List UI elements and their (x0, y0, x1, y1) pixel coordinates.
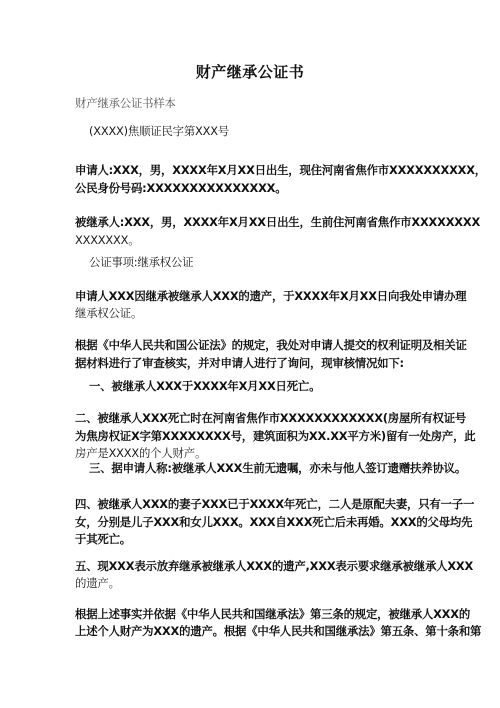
decedent-line-1: 被继承人:XXX，男，XXXX年X月XX日出生，生前住河南省焦作市XXXXXXX… (75, 215, 480, 229)
finding-3: 三、据申请人称:被继承人XXX生前无遗嘱，亦未与他人签订遗赠扶养协议。 (89, 461, 466, 475)
conclusion-line-2: 上述个人财产为XXX的遗产。根据《中华人民共和国继承法》第五条、第十条和第 (75, 624, 481, 638)
finding-4-line-3: 于其死亡。 (75, 532, 131, 546)
reference-number: (XXXX)焦顺证民字第XXX号 (89, 124, 229, 138)
applicant-line-2: 公民身份号码:XXXXXXXXXXXXXXX。 (75, 181, 286, 195)
notary-matter: 公证事项:继承权公证 (89, 255, 193, 269)
application-line-1: 申请人XXX因继承被继承人XXX的遗产，于XXXX年X月XX日向我处申请办理 (75, 289, 466, 303)
finding-2-line-3: 房产是XXXX的个人财产。 (75, 446, 206, 460)
basis-line-2: 据材料进行了审查核实，并对申请人进行了询问，现审核情况如下: (75, 356, 404, 370)
finding-4-line-2: 女，分别是儿子XXX和女儿XXX。XXX自XXX死亡后未再婚。XXX的父母均先 (75, 515, 472, 529)
finding-1: 一、被继承人XXX于XXXX年X月XX日死亡。 (89, 379, 320, 393)
document-subtitle: 财产继承公证书样本 (75, 96, 176, 110)
document-title: 财产继承公证书 (0, 61, 500, 82)
finding-2-line-1: 二、被继承人XXX死亡时在河南省焦作市XXXXXXXXXXXX(房屋所有权证号 (75, 411, 466, 425)
application-line-2: 继承权公证。 (75, 306, 142, 320)
finding-5-line-2: 的遗产。 (75, 576, 120, 590)
decedent-line-2: XXXXXXX。 (75, 233, 139, 247)
basis-line-1: 根据《中华人民共和国公证法》的规定，我处对申请人提交的权利证明及相关证 (75, 338, 467, 352)
applicant-line-1: 申请人:XXX，男，XXXX年X月XX日出生，现住河南省焦作市XXXXXXXXX… (75, 163, 486, 177)
conclusion-line-1: 根据上述事实并依据《中华人民共和国继承法》第三条的规定，被继承人XXX的 (75, 607, 470, 621)
finding-2-line-2: 为焦房权证X字第XXXXXXXX号，建筑面积为XX.XX平方米)留有一处房产，此 (75, 429, 475, 443)
finding-5-line-1: 五、现XXX表示放弃继承被继承人XXX的遗产,XXX表示要求继承被继承人XXX (75, 559, 473, 573)
finding-4-line-1: 四、被继承人XXX的妻子XXX已于XXXX年死亡，二人是原配夫妻，只有一子一 (75, 497, 474, 511)
